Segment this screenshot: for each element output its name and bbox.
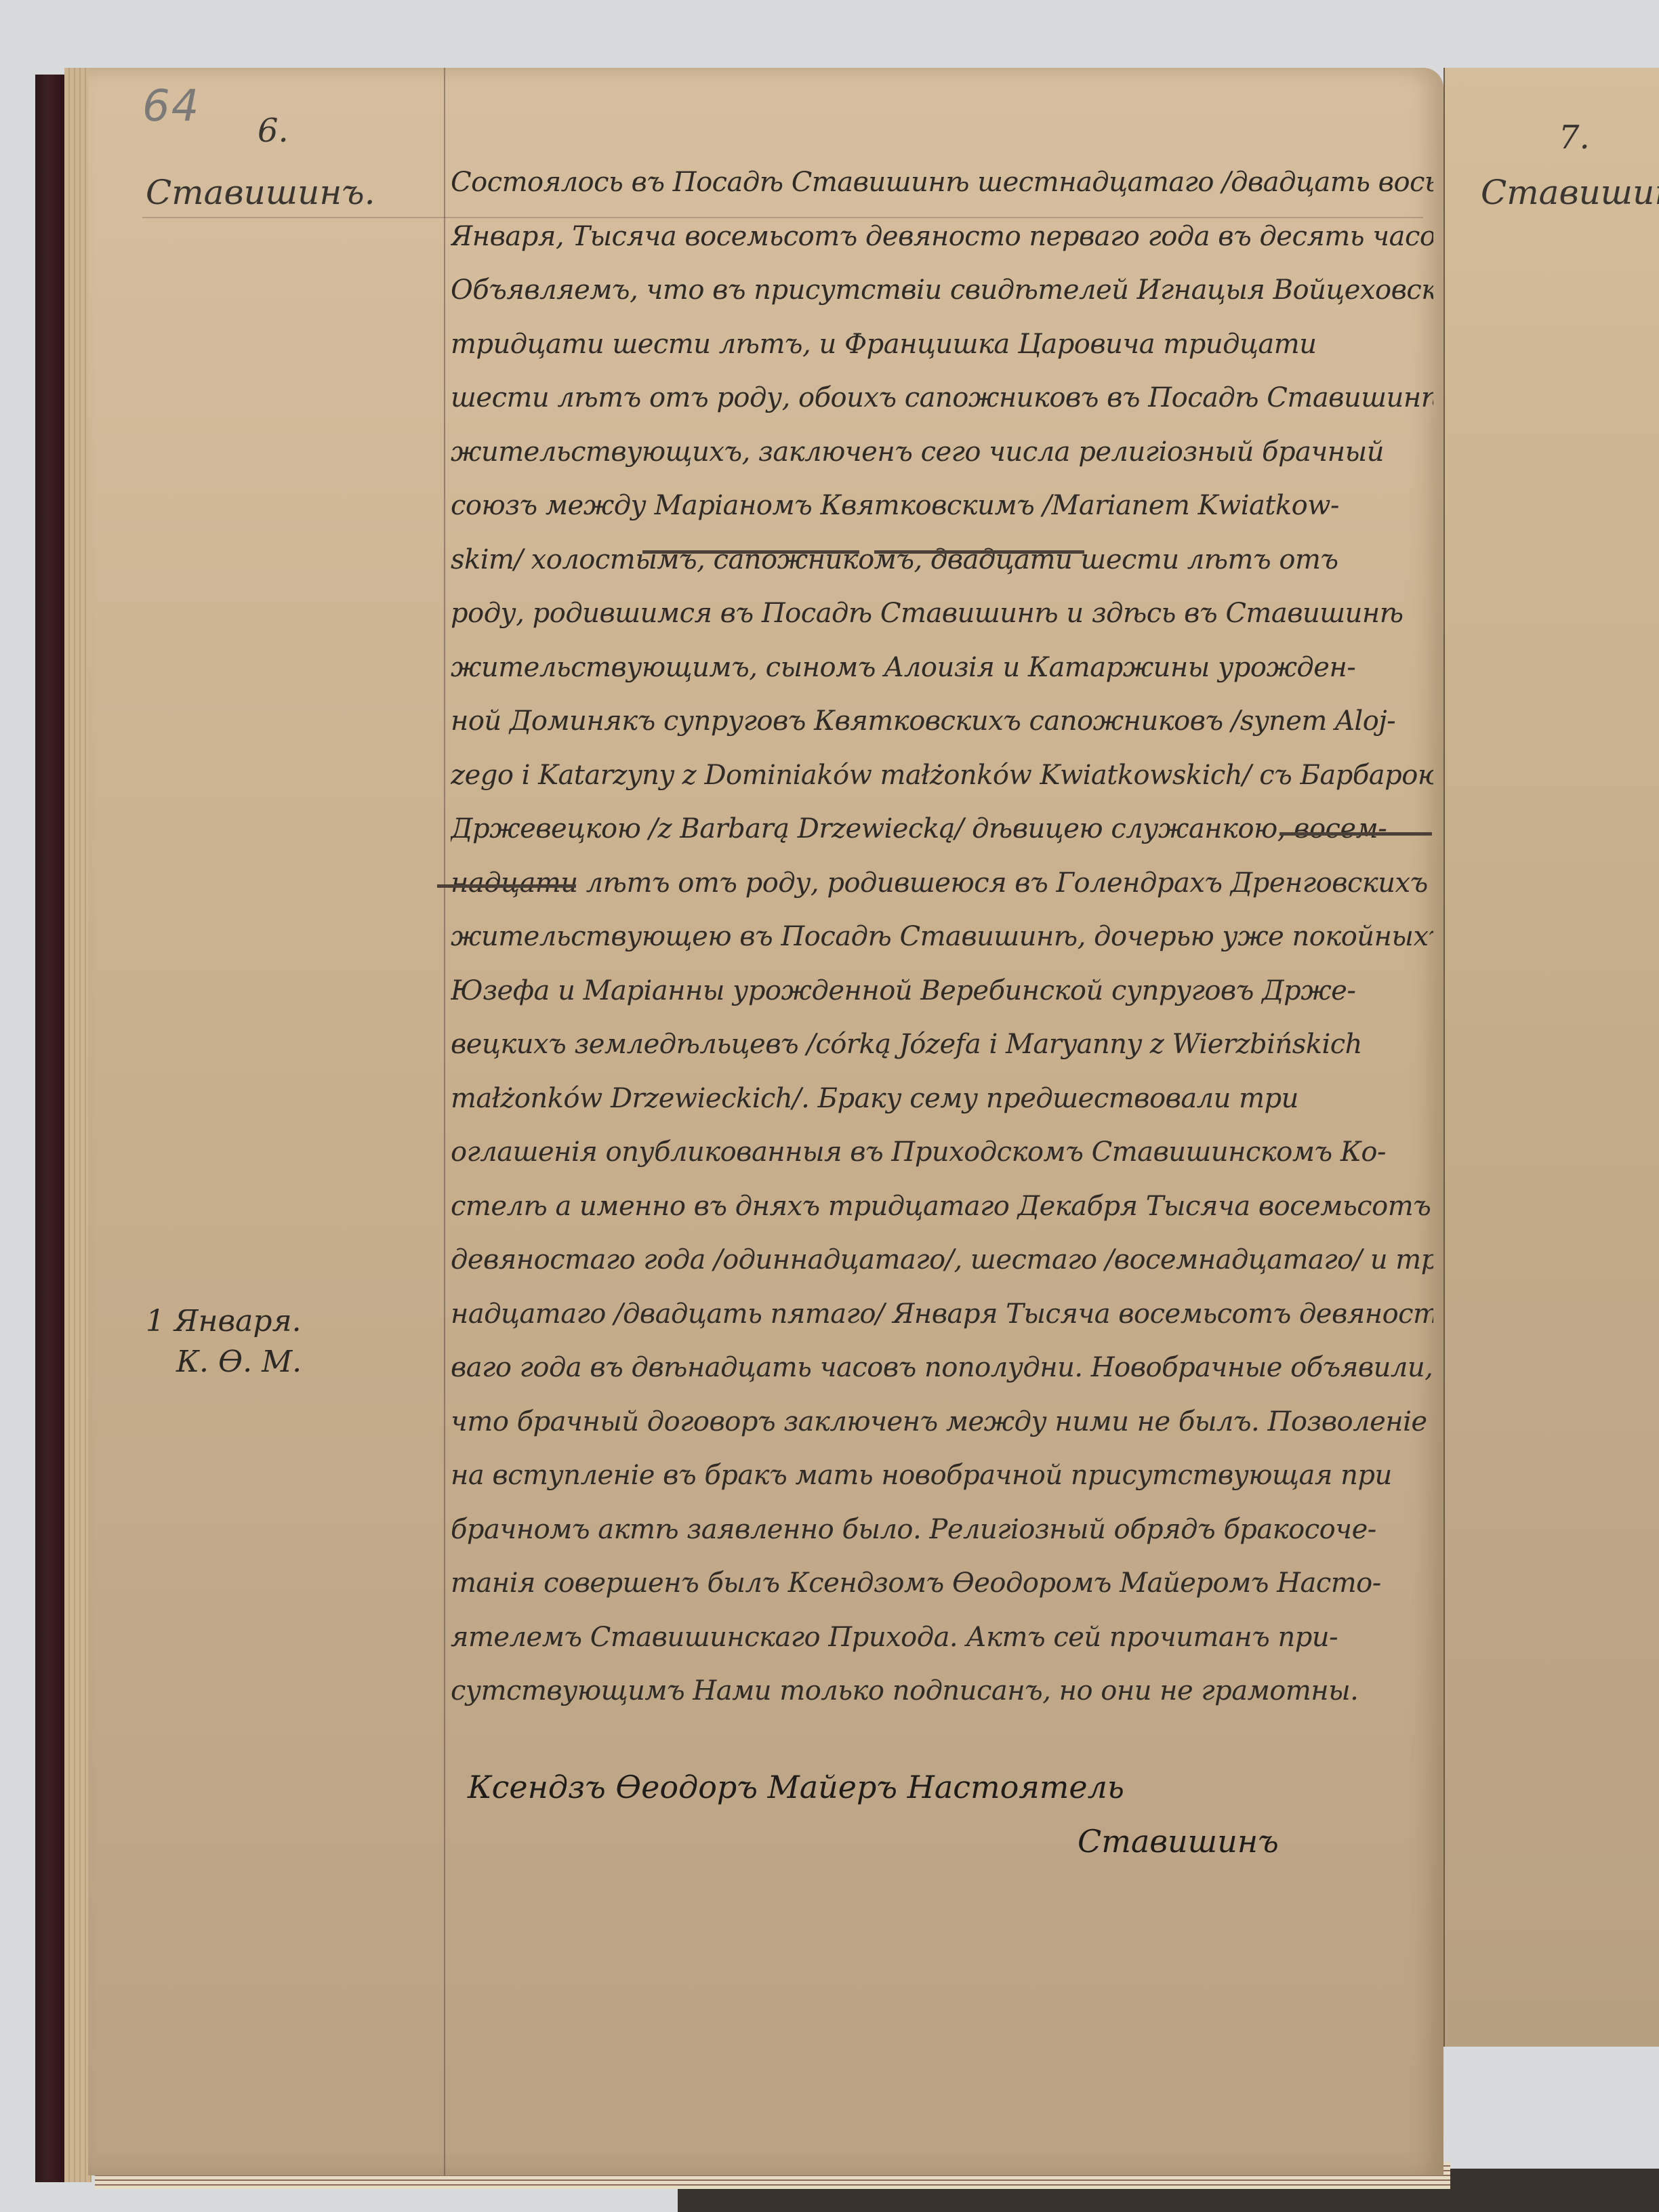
entry-line: жительствующихъ, заключенъ сего числа ре… (451, 426, 1433, 480)
bride-surname-underline (437, 884, 576, 888)
right-page (1443, 68, 1659, 2047)
entry-line: на вступленіе въ бракъ мать новобрачной … (451, 1449, 1433, 1503)
entry-line: роду, родившимся въ Посадѣ Ставишинѣ и з… (451, 587, 1433, 641)
book-binding (35, 75, 68, 2182)
right-entry-number: 7. (1559, 119, 1590, 157)
entry-body: Состоялось въ Посадѣ Ставишинѣ шестнадца… (451, 156, 1433, 1719)
entry-line: вецкихъ земледѣльцевъ /córką Józefa i Ma… (451, 1018, 1433, 1072)
entry-line: девяностаго года /одиннадцатаго/, шестаг… (451, 1233, 1433, 1288)
entry-line: ятелемъ Ставишинскаго Прихода. Актъ сей … (451, 1611, 1433, 1665)
groom-name-underline (642, 550, 859, 554)
pencil-page-number: 64 (142, 81, 200, 131)
entry-line: что брачный договоръ заключенъ между ним… (451, 1395, 1433, 1450)
entry-line: Объявляемъ, что въ присутствіи свидѣтеле… (451, 264, 1433, 318)
entry-line: ной Доминякъ супруговъ Квятковскихъ сапо… (451, 695, 1433, 749)
entry-line: надцатаго /двадцать пятаго/ Января Тысяч… (451, 1288, 1433, 1342)
entry-line: Января, Тысяча восемьсотъ девяносто перв… (451, 210, 1433, 264)
margin-rule (444, 68, 445, 2175)
entry-number: 6. (258, 112, 289, 150)
entry-line: ваго года въ двѣнадцать часовъ пополудни… (451, 1341, 1433, 1395)
priest-signature: Ксендзъ Ѳеодоръ Майеръ Настоятель (468, 1769, 1124, 1805)
entry-line-bride: Држевецкою /z Barbarą Drzewiecką/ дѣвице… (451, 802, 1433, 857)
entry-line: skim/ холостымъ, сапожникомъ, двадцати ш… (451, 533, 1433, 588)
bride-name-underline (1279, 832, 1432, 836)
margin-note: 1 Января. К. Ѳ. М. (146, 1301, 302, 1382)
entry-line: Состоялось въ Посадѣ Ставишинѣ шестнадца… (451, 156, 1433, 210)
entry-line-bride: zego i Katarzyny z Dominiaków małżonków … (451, 749, 1433, 803)
parish-header: Ставишинъ. (146, 173, 375, 212)
right-parish-header: Ставишинъ. (1481, 173, 1659, 212)
entry-line: Юзефа и Маріанны урожденной Веребинской … (451, 964, 1433, 1019)
entry-line: надцати лѣтъ отъ роду, родившеюся въ Гол… (451, 857, 1433, 911)
entry-line: жительствующею въ Посадѣ Ставишинѣ, доче… (451, 910, 1433, 964)
entry-line-groom: союзъ между Маріаномъ Квятковскимъ /Mari… (451, 479, 1433, 533)
entry-line: жительствующимъ, сыномъ Алоизія и Катарж… (451, 641, 1433, 695)
entry-line: małżonków Drzewieckich/. Браку сему пред… (451, 1072, 1433, 1126)
margin-note-date: 1 Января. (146, 1301, 302, 1342)
entry-line: шести лѣтъ отъ роду, обоихъ сапожниковъ … (451, 371, 1433, 426)
page-stack-edge (64, 68, 91, 2182)
parish-signature: Ставишинъ (1078, 1823, 1279, 1860)
margin-note-initials: К. Ѳ. М. (146, 1342, 302, 1382)
entry-line: тридцати шести лѣтъ, и Францишка Царович… (451, 318, 1433, 372)
entry-line: оглашенія опубликованныя въ Приходскомъ … (451, 1126, 1433, 1180)
entry-line: брачномъ актѣ заявленно было. Религіозны… (451, 1503, 1433, 1557)
groom-surname-underline (874, 550, 1084, 554)
entry-line: сутствующимъ Нами только подписанъ, но о… (451, 1664, 1433, 1719)
entry-line: стелѣ а именно въ дняхъ тридцатаго Декаб… (451, 1180, 1433, 1234)
entry-line: танія совершенъ былъ Ксендзомъ Ѳеодоромъ… (451, 1557, 1433, 1611)
